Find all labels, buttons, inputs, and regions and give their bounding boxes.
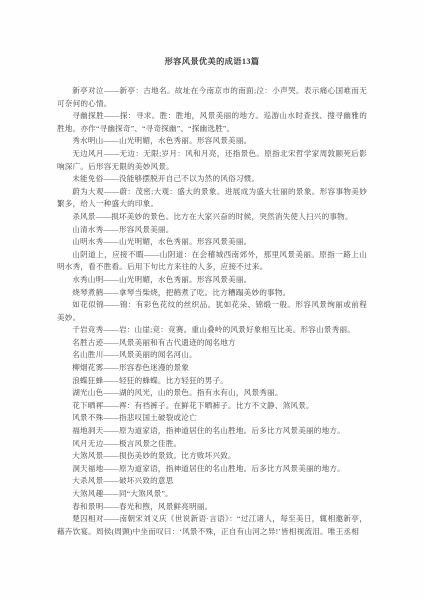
paragraph: 风景不殊——指悲叹国土破裂或沦亡 bbox=[57, 412, 367, 425]
paragraph: 山明水秀——山光明媚，水色秀丽。形容风景美丽。 bbox=[57, 236, 367, 249]
paragraph: 山阴道上，应接不暇——山阴道：在会稽城西南郊外，那里风景美丽。原指一路上山明水秀… bbox=[57, 249, 367, 274]
paragraph: 名胜古迹——风景美丽和有古代遗迹的闻名地方 bbox=[57, 337, 367, 350]
paragraph: 洞天福地——原为道家语，指神道居住的名山胜地。后多比方风景美丽的地方。 bbox=[57, 463, 367, 476]
paragraph: 楚囚相对——南朝宋刘义庆《世说新语·言语》：“过江诸人，每至美日，辄相邀新亭，藉… bbox=[57, 513, 367, 538]
paragraph: 千岩竞秀——岩：山崖;竞：竞赛。重山叠岭的风景好象相互比美。形容山景秀丽。 bbox=[57, 324, 367, 337]
paragraph: 名山胜川——风景美丽的闻名河山。 bbox=[57, 349, 367, 362]
paragraph: 风月无边——极言风景之佳胜。 bbox=[57, 438, 367, 451]
paragraph: 未能免俗——没能够摆脱开自己不以为然的风俗习惯。 bbox=[57, 173, 367, 186]
paragraph: 烧琴煮鹤——拿琴当柴烧，把鹤煮了吃。比方糟蹋美妙的事物。 bbox=[57, 287, 367, 300]
paragraph: 福地洞天——原为道家语，指神道居住的名山胜地。后多比方风景美丽的地方。 bbox=[57, 425, 367, 438]
paragraph: 蔚为大观——蔚：茂密;大观：盛大的景象。进展成为盛大壮丽的景象。形容事物美妙繁多… bbox=[57, 186, 367, 211]
paragraph: 杀风景——损坏美妙的景色。比方在大家兴奋的时候，突然消失使人扫兴的事物。 bbox=[57, 211, 367, 224]
paragraph: 无边风月——无边：无限;岁月：风和月亮，还指景色。原指北宋哲学家周敦颐死后影响深… bbox=[57, 148, 367, 173]
paragraph: 花下晒裈——裈：有裆裤子。在鲜花下晒裤子。比方不文静、煞风景。 bbox=[57, 400, 367, 413]
paragraph: 秀水明山——山光明媚，水色秀丽。形容风景美丽。 bbox=[57, 135, 367, 148]
paragraph: 大杀风景——破坏兴致的意思 bbox=[57, 475, 367, 488]
paragraph: 如花似锦——锦：有彩色花纹的丝织品。犹如花朵、锦缎一般。形容风景绚丽或前程美妙。 bbox=[57, 299, 367, 324]
paragraph: 寻幽探胜——探：寻求。胜：胜地，风景美丽的地方。巡游山水时查找、搜寻幽雅的胜地。… bbox=[57, 110, 367, 135]
paragraph: 大煞风趣——同“大煞风景”。 bbox=[57, 488, 367, 501]
paragraph: 柳烟花雾——形容春色迷漫的景象 bbox=[57, 362, 367, 375]
paragraph: 大煞风景——损伤美妙的景致。比方败坏兴致。 bbox=[57, 450, 367, 463]
paragraph: 新亭对泣——新亭：古地名。故址在今南京市的南面;泣：小声哭。表示痛心国难而无可奈… bbox=[57, 85, 367, 110]
document-body: 新亭对泣——新亭：古地名。故址在今南京市的南面;泣：小声哭。表示痛心国难而无可奈… bbox=[57, 85, 367, 538]
document-page: 形容风景优美的成语13篇 新亭对泣——新亭：古地名。故址在今南京市的南面;泣：小… bbox=[0, 0, 424, 600]
paragraph: 水秀山明——山光明媚，水色秀丽。形容风景美丽。 bbox=[57, 274, 367, 287]
paragraph: 春和景明——春光和煦，风景鲜亮明丽。 bbox=[57, 501, 367, 514]
paragraph: 浪蝶狂蜂——轻狂的蜂蝶。比方轻狂的男子。 bbox=[57, 375, 367, 388]
document-title: 形容风景优美的成语13篇 bbox=[57, 56, 367, 68]
paragraph: 湖光山色——湖的风光，山的景色。指有水有山，风景秀丽。 bbox=[57, 387, 367, 400]
paragraph: 山清水秀——形容风景美丽。 bbox=[57, 224, 367, 237]
